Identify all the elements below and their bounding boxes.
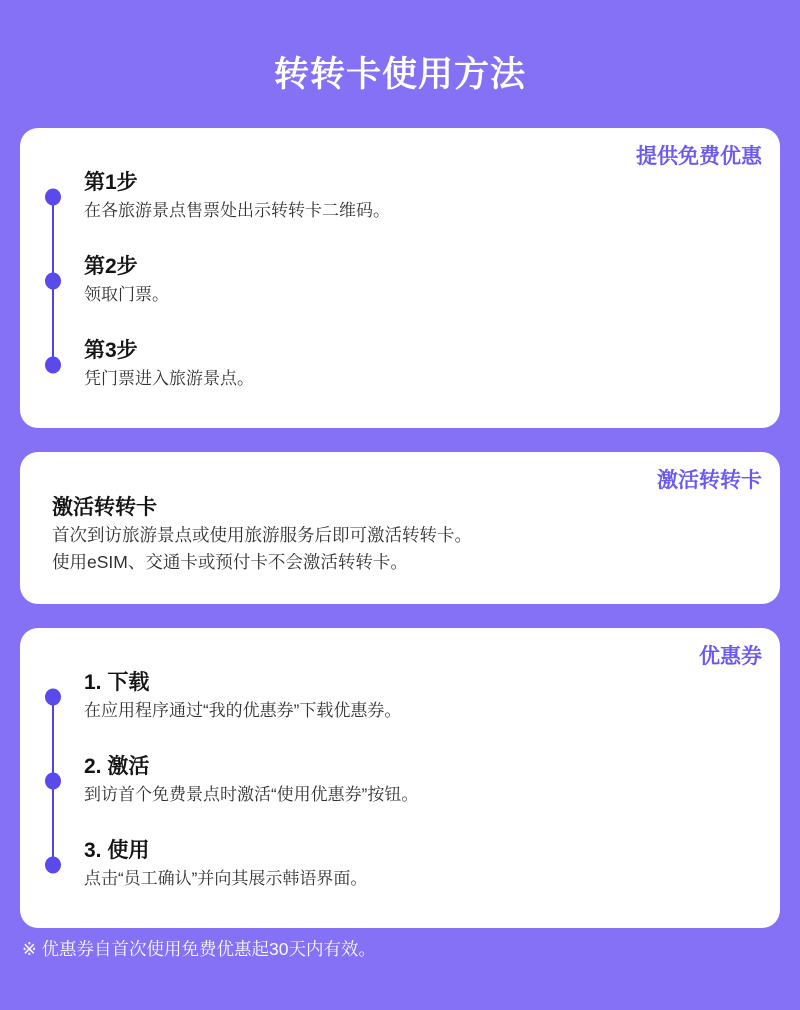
activation-heading: 激活转转卡 — [52, 494, 760, 522]
timeline-dot-icon — [45, 857, 61, 874]
step-title: 3. 使用 — [84, 838, 760, 864]
step-title: 1. 下载 — [84, 670, 760, 696]
step-title: 第2步 — [84, 254, 760, 280]
step-title: 第3步 — [84, 338, 760, 364]
timeline-dot-icon — [45, 273, 61, 290]
step-download: 1. 下载 在应用程序通过“我的优惠券”下载优惠券。 — [20, 670, 780, 724]
card-activation: 激活转转卡 激活转转卡 首次到访旅游景点或使用旅游服务后即可激活转转卡。 使用e… — [20, 452, 780, 604]
coupon-steps: 1. 下载 在应用程序通过“我的优惠券”下载优惠券。 2. 激活 到访首个免费景… — [20, 670, 780, 928]
step-description: 领取门票。 — [84, 282, 760, 308]
card-coupons-tag: 优惠券 — [20, 628, 780, 670]
step-description: 到访首个免费景点时激活“使用优惠券”按钮。 — [84, 782, 760, 808]
card-activation-tag: 激活转转卡 — [20, 452, 780, 494]
footnote: ※ 优惠券自首次使用免费优惠起30天内有效。 — [22, 937, 780, 961]
activation-text-line: 首次到访旅游景点或使用旅游服务后即可激活转转卡。 — [52, 522, 760, 549]
step-use: 3. 使用 点击“员工确认”并向其展示韩语界面。 — [20, 838, 780, 892]
card-free-benefits: 提供免费优惠 第1步 在各旅游景点售票处出示转转卡二维码。 第2步 领取门票。 … — [20, 128, 780, 428]
card-coupons: 优惠券 1. 下载 在应用程序通过“我的优惠券”下载优惠券。 2. 激活 到访首… — [20, 628, 780, 928]
timeline-dot-icon — [45, 689, 61, 706]
step-description: 凭门票进入旅游景点。 — [84, 366, 760, 392]
step-title: 2. 激活 — [84, 754, 760, 780]
activation-text-line: 使用eSIM、交通卡或预付卡不会激活转转卡。 — [52, 549, 760, 576]
step-2: 第2步 领取门票。 — [20, 254, 780, 308]
step-activate: 2. 激活 到访首个免费景点时激活“使用优惠券”按钮。 — [20, 754, 780, 808]
activation-content: 激活转转卡 首次到访旅游景点或使用旅游服务后即可激活转转卡。 使用eSIM、交通… — [20, 494, 780, 604]
timeline-dot-icon — [45, 357, 61, 374]
step-3: 第3步 凭门票进入旅游景点。 — [20, 338, 780, 392]
step-description: 在各旅游景点售票处出示转转卡二维码。 — [84, 198, 760, 224]
free-benefits-steps: 第1步 在各旅游景点售票处出示转转卡二维码。 第2步 领取门票。 第3步 凭门票… — [20, 170, 780, 428]
page-title: 转转卡使用方法 — [0, 0, 800, 98]
step-title: 第1步 — [84, 170, 760, 196]
step-description: 点击“员工确认”并向其展示韩语界面。 — [84, 866, 760, 892]
step-description: 在应用程序通过“我的优惠券”下载优惠券。 — [84, 698, 760, 724]
timeline-dot-icon — [45, 189, 61, 206]
card-free-benefits-tag: 提供免费优惠 — [20, 128, 780, 170]
step-1: 第1步 在各旅游景点售票处出示转转卡二维码。 — [20, 170, 780, 224]
timeline-dot-icon — [45, 773, 61, 790]
